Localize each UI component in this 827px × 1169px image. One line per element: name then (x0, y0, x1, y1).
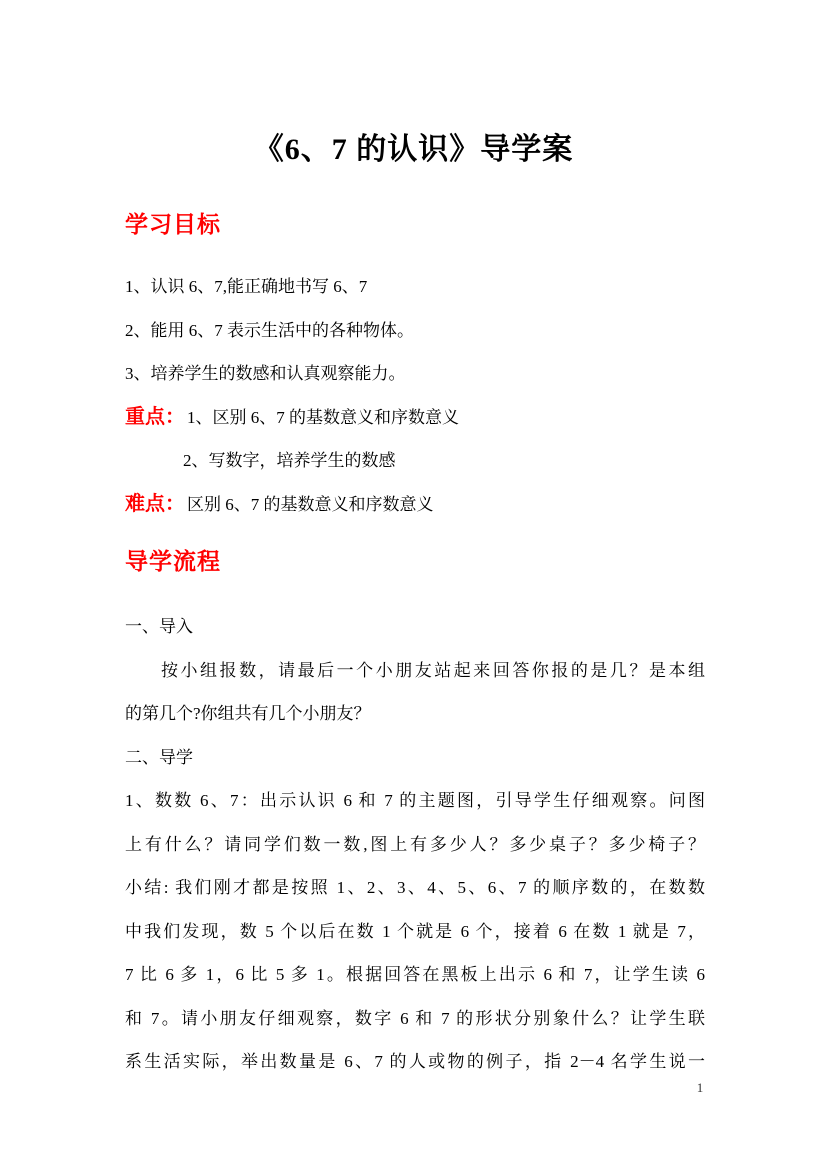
flow-step1-heading: 一、导入 (125, 605, 705, 649)
goals-section-body: 1、认识 6、7,能正确地书写 6、7 2、能用 6、7 表示生活中的各种物体。… (125, 265, 705, 526)
flow-section-heading: 导学流程 (125, 543, 221, 576)
key-points-line-2: 2、写数字，培养学生的数感 (125, 439, 705, 483)
document-page: 《6、7 的认识》导学案 学习目标 1、认识 6、7,能正确地书写 6、7 2、… (0, 0, 827, 1169)
flow-step2-heading: 二、导学 (125, 736, 705, 780)
goal-item-2: 2、能用 6、7 表示生活中的各种物体。 (125, 309, 705, 353)
goals-section-heading: 学习目标 (125, 206, 221, 239)
page-number: 1 (690, 1080, 710, 1096)
document-title: 《6、7 的认识》导学案 (0, 124, 827, 168)
goal-item-1: 1、认识 6、7,能正确地书写 6、7 (125, 265, 705, 309)
flow-body-line-7: 系生活实际，举出数量是 6、7 的人或物的例子，指 2－4 名学生说一 (125, 1040, 705, 1084)
flow-section-body: 一、导入 按小组报数，请最后一个小朋友站起来回答你报的是几？是本组 的第几个?你… (125, 605, 705, 1084)
flow-body-line-4: 中我们发现，数 5 个以后在数 1 个就是 6 个，接着 6 在数 1 就是 7… (125, 910, 705, 954)
key-points-label: 重点： (125, 406, 185, 428)
flow-body-line-3: 小结: 我们刚才都是按照 1、2、3、4、5、6、7 的顺序数的，在数数 (125, 866, 705, 910)
difficulty-line: 难点：区别 6、7 的基数意义和序数意义 (125, 483, 705, 527)
flow-intro-line-1: 按小组报数，请最后一个小朋友站起来回答你报的是几？是本组 (125, 649, 705, 693)
difficulty-text: 区别 6、7 的基数意义和序数意义 (187, 495, 434, 514)
key-point-2: 2、写数字，培养学生的数感 (183, 451, 396, 470)
difficulty-label: 难点： (125, 493, 185, 515)
key-point-1: 1、区别 6、7 的基数意义和序数意义 (187, 408, 459, 427)
goal-item-3: 3、培养学生的数感和认真观察能力。 (125, 352, 705, 396)
flow-body-line-6: 和 7。请小朋友仔细观察，数字 6 和 7 的形状分别象什么？让学生联 (125, 997, 705, 1041)
flow-body-line-2: 上有什么？请同学们数一数,图上有多少人？多少桌子？多少椅子？ (125, 823, 705, 867)
flow-body-line-5: 7 比 6 多 1，6 比 5 多 1。根据回答在黑板上出示 6 和 7，让学生… (125, 953, 705, 997)
flow-body-line-1: 1、数数 6、7：出示认识 6 和 7 的主题图，引导学生仔细观察。问图 (125, 779, 705, 823)
flow-intro-line-2: 的第几个?你组共有几个小朋友？ (125, 692, 705, 736)
key-points-line-1: 重点：1、区别 6、7 的基数意义和序数意义 (125, 396, 705, 440)
